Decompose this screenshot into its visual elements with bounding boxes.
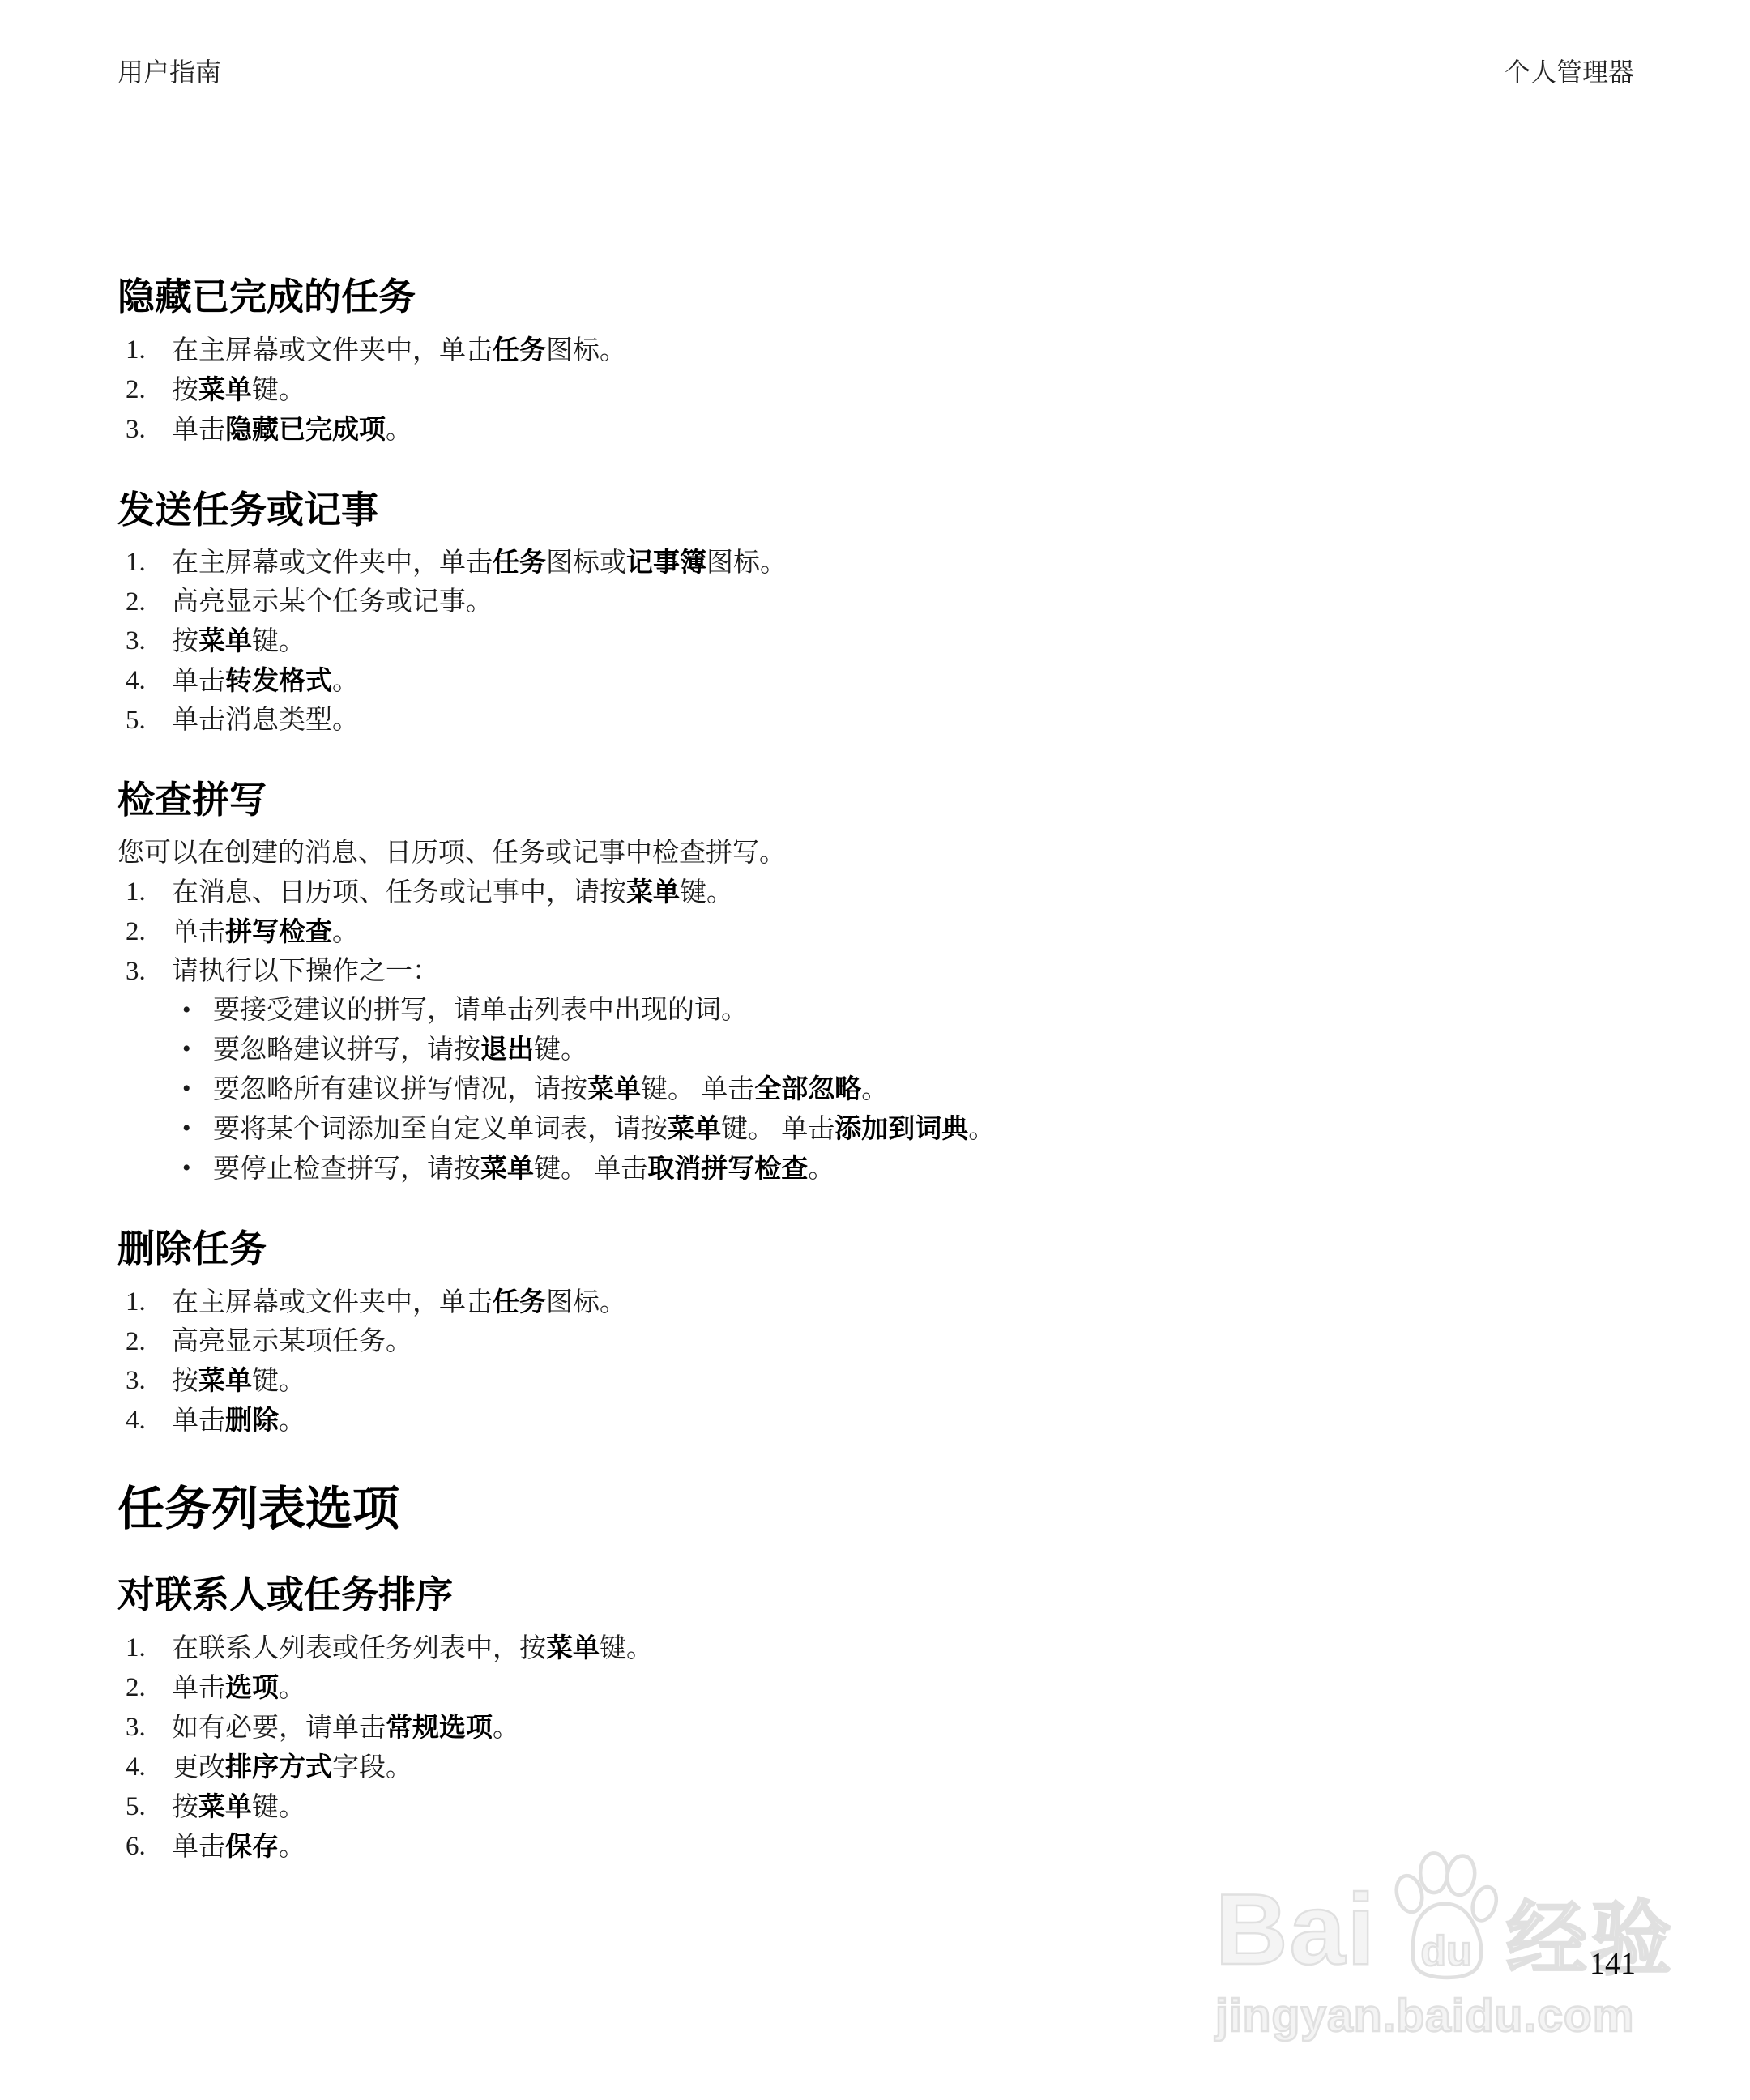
bold-term: 菜单 [480, 1153, 534, 1183]
text-run: 图标或 [546, 548, 626, 578]
list-item: 2.按菜单键。 [117, 370, 1637, 410]
item-marker: 4. [117, 1748, 172, 1787]
bullet-text: 要停止检查拼写，请按菜单键。 单击取消拼写检查。 [213, 1149, 834, 1189]
chapter-heading: 任务列表选项 [117, 1484, 1637, 1535]
text-run: 按 [172, 1793, 198, 1822]
bullet-text: 要忽略建议拼写，请按退出键。 [213, 1030, 587, 1069]
item-marker: 2. [117, 1322, 172, 1361]
watermark-site-url: jingyan.baidu.com [1215, 1993, 1685, 2039]
list-item: 3.请执行以下操作之一： [117, 952, 1637, 991]
item-text: 单击保存。 [172, 1827, 305, 1867]
bold-term: 任务 [493, 1287, 546, 1317]
text-run: 要忽略建议拼写，请按 [213, 1035, 480, 1065]
bold-term: 菜单 [626, 877, 680, 907]
bold-term: 拼写检查 [225, 916, 332, 946]
list-item: 6.单击保存。 [117, 1827, 1637, 1867]
item-marker: 4. [117, 1401, 172, 1441]
item-marker: 5. [117, 701, 172, 740]
bullet-item: •要忽略建议拼写，请按退出键。 [117, 1030, 1637, 1069]
list-item: 1.在主屏幕或文件夹中，单击任务图标或记事簿图标。 [117, 543, 1637, 583]
item-text: 按菜单键。 [172, 1361, 305, 1401]
item-marker: 2. [117, 1668, 172, 1708]
section-heading: 对联系人或任务排序 [117, 1575, 1637, 1616]
list-item: 2.高亮显示某个任务或记事。 [117, 583, 1637, 621]
bold-term: 退出 [480, 1034, 534, 1064]
bold-term: 选项 [225, 1672, 279, 1702]
bold-term: 菜单 [198, 1791, 252, 1821]
item-marker: 1. [117, 331, 172, 370]
item-text: 高亮显示某项任务。 [172, 1322, 412, 1361]
bullet-dot-icon: • [117, 991, 213, 1030]
list-item: 3.按菜单键。 [117, 621, 1637, 661]
bold-term: 常规选项 [386, 1712, 493, 1742]
bold-term: 菜单 [587, 1073, 641, 1103]
text-run: 按 [172, 1367, 198, 1396]
item-marker: 3. [117, 952, 172, 991]
text-run: 键。 单击 [721, 1115, 834, 1144]
text-run: 图标。 [546, 336, 626, 365]
item-text: 高亮显示某个任务或记事。 [172, 583, 493, 621]
list-item: 4.更改排序方式字段。 [117, 1748, 1637, 1787]
bold-term: 全部忽略 [754, 1073, 861, 1103]
section-heading: 发送任务或记事 [117, 490, 1637, 531]
section-heading: 隐藏已完成的任务 [117, 277, 1637, 318]
bold-term: 删除 [225, 1405, 279, 1435]
text-run: 。 [386, 416, 412, 445]
item-marker: 1. [117, 1628, 172, 1668]
item-text: 按菜单键。 [172, 621, 305, 661]
text-run: 在主屏幕或文件夹中，单击 [172, 1288, 493, 1317]
text-run: 请执行以下操作之一： [172, 957, 439, 986]
page-number: 141 [1590, 1946, 1636, 1982]
item-marker: 3. [117, 410, 172, 450]
text-run: 。 [279, 1833, 305, 1862]
item-text: 按菜单键。 [172, 1787, 305, 1827]
bold-term: 转发格式 [225, 665, 332, 695]
bullet-text: 要接受建议的拼写，请单击列表中出现的词。 [213, 991, 748, 1030]
text-run: 更改 [172, 1753, 225, 1782]
item-text: 在主屏幕或文件夹中，单击任务图标。 [172, 1283, 626, 1322]
bold-term: 菜单 [546, 1633, 600, 1662]
ordered-list: 1.在主屏幕或文件夹中，单击任务图标。2.按菜单键。3.单击隐藏已完成项。 [117, 331, 1637, 450]
text-run: 。 [279, 1674, 305, 1703]
text-run: 按 [172, 376, 198, 405]
bullet-item: •要将某个词添加至自定义单词表，请按菜单键。 单击添加到词典。 [117, 1109, 1637, 1149]
baidu-paw-icon: du [1380, 1850, 1503, 1991]
text-run: 在主屏幕或文件夹中，单击 [172, 336, 493, 365]
list-item: 3.按菜单键。 [117, 1361, 1637, 1401]
item-marker: 4. [117, 661, 172, 701]
bold-term: 菜单 [198, 625, 252, 655]
item-text: 在主屏幕或文件夹中，单击任务图标。 [172, 331, 626, 370]
text-run: 高亮显示某个任务或记事。 [172, 587, 493, 617]
list-item: 3.单击隐藏已完成项。 [117, 410, 1637, 450]
text-run: 要停止检查拼写，请按 [213, 1155, 480, 1184]
list-item: 4.单击删除。 [117, 1401, 1637, 1441]
list-item: 1.在主屏幕或文件夹中，单击任务图标。 [117, 1283, 1637, 1322]
header-guide-title: 用户指南 [117, 52, 221, 89]
list-item: 1.在主屏幕或文件夹中，单击任务图标。 [117, 331, 1637, 370]
item-marker: 3. [117, 1708, 172, 1748]
item-marker: 1. [117, 873, 172, 912]
item-marker: 2. [117, 583, 172, 621]
text-run: 单击 [172, 416, 225, 445]
bold-term: 记事簿 [626, 547, 706, 577]
list-item: 5.单击消息类型。 [117, 701, 1637, 740]
bullet-item: •要停止检查拼写，请按菜单键。 单击取消拼写检查。 [117, 1149, 1637, 1189]
bullet-text: 要将某个词添加至自定义单词表，请按菜单键。 单击添加到词典。 [213, 1109, 995, 1149]
text-run: 要忽略所有建议拼写情况，请按 [213, 1075, 587, 1104]
section-heading: 删除任务 [117, 1229, 1637, 1270]
item-text: 单击选项。 [172, 1668, 305, 1708]
text-run: 图标。 [546, 1288, 626, 1317]
bold-term: 隐藏已完成项 [225, 414, 386, 444]
text-run: 。 [332, 918, 359, 947]
list-item: 1.在消息、日历项、任务或记事中，请按菜单键。 [117, 873, 1637, 912]
bullet-item: •要接受建议的拼写，请单击列表中出现的词。 [117, 991, 1637, 1030]
text-run: 单击 [172, 1674, 225, 1703]
bullet-item: •要忽略所有建议拼写情况，请按菜单键。 单击全部忽略。 [117, 1069, 1637, 1109]
item-text: 单击消息类型。 [172, 701, 359, 740]
baidu-jingyan-watermark: Bai du 经验 jingyan.baidu.com [1215, 1849, 1685, 2039]
text-run: 要接受建议的拼写，请单击列表中出现的词。 [213, 996, 748, 1025]
bullet-dot-icon: • [117, 1149, 213, 1189]
bold-term: 菜单 [198, 374, 252, 404]
item-text: 在消息、日历项、任务或记事中，请按菜单键。 [172, 873, 733, 912]
bold-term: 菜单 [198, 1365, 252, 1395]
text-run: 单击 [172, 1406, 225, 1436]
bold-term: 任务 [493, 547, 546, 577]
bold-term: 取消拼写检查 [647, 1153, 808, 1183]
item-text: 单击删除。 [172, 1401, 305, 1441]
header-chapter-title: 个人管理器 [1505, 52, 1634, 89]
bold-term: 添加到词典 [834, 1113, 968, 1143]
bullet-dot-icon: • [117, 1030, 213, 1069]
item-text: 如有必要，请单击常规选项。 [172, 1708, 519, 1748]
document-body: 隐藏已完成的任务1.在主屏幕或文件夹中，单击任务图标。2.按菜单键。3.单击隐藏… [117, 277, 1637, 1867]
list-item: 4.单击转发格式。 [117, 661, 1637, 701]
bold-term: 任务 [493, 335, 546, 365]
list-item: 3.如有必要，请单击常规选项。 [117, 1708, 1637, 1748]
text-run: 图标。 [706, 548, 787, 578]
item-marker: 1. [117, 543, 172, 583]
text-run: 如有必要，请单击 [172, 1714, 386, 1743]
document-sections: 隐藏已完成的任务1.在主屏幕或文件夹中，单击任务图标。2.按菜单键。3.单击隐藏… [117, 277, 1637, 1867]
item-marker: 3. [117, 621, 172, 661]
list-item: 1.在联系人列表或任务列表中，按菜单键。 [117, 1628, 1637, 1668]
ordered-list: 1.在联系人列表或任务列表中，按菜单键。2.单击选项。3.如有必要，请单击常规选… [117, 1628, 1637, 1867]
ordered-list: 1.在主屏幕或文件夹中，单击任务图标或记事簿图标。2.高亮显示某个任务或记事。3… [117, 543, 1637, 740]
text-run: 。 [861, 1075, 888, 1104]
item-marker: 6. [117, 1827, 172, 1867]
item-marker: 2. [117, 370, 172, 410]
text-run: 要将某个词添加至自定义单词表，请按 [213, 1115, 668, 1144]
bold-term: 排序方式 [225, 1752, 332, 1782]
item-marker: 1. [117, 1283, 172, 1322]
intro-paragraph: 您可以在创建的消息、日历项、任务或记事中检查拼写。 [117, 834, 1637, 873]
text-run: 。 [279, 1406, 305, 1436]
item-text: 单击转发格式。 [172, 661, 359, 701]
item-text: 单击拼写检查。 [172, 912, 359, 952]
text-run: 。 [493, 1714, 519, 1743]
bullet-text: 要忽略所有建议拼写情况，请按菜单键。 单击全部忽略。 [213, 1069, 888, 1109]
text-run: 键。 单击 [534, 1155, 647, 1184]
item-text: 在主屏幕或文件夹中，单击任务图标或记事簿图标。 [172, 543, 787, 583]
text-run: 键。 [680, 878, 733, 907]
text-run: 键。 [252, 627, 305, 656]
item-text: 请执行以下操作之一： [172, 952, 439, 991]
text-run: 字段。 [332, 1753, 412, 1782]
text-run: 。 [968, 1115, 995, 1144]
bullet-dot-icon: • [117, 1069, 213, 1109]
list-item: 2.高亮显示某项任务。 [117, 1322, 1637, 1361]
text-run: 按 [172, 627, 198, 656]
text-run: 。 [332, 667, 359, 696]
item-text: 单击隐藏已完成项。 [172, 410, 412, 450]
watermark-bai-text: Bai [1215, 1880, 1377, 1980]
item-marker: 3. [117, 1361, 172, 1401]
bullet-dot-icon: • [117, 1109, 213, 1149]
text-run: 单击消息类型。 [172, 706, 359, 735]
text-run: 键。 [252, 1793, 305, 1822]
item-marker: 5. [117, 1787, 172, 1827]
item-text: 在联系人列表或任务列表中，按菜单键。 [172, 1628, 653, 1668]
ordered-list: 1.在消息、日历项、任务或记事中，请按菜单键。2.单击拼写检查。3.请执行以下操… [117, 873, 1637, 1189]
text-run: 。 [808, 1155, 834, 1184]
item-text: 更改排序方式字段。 [172, 1748, 412, 1787]
bold-term: 菜单 [668, 1113, 721, 1143]
text-run: 键。 [534, 1035, 587, 1065]
item-text: 按菜单键。 [172, 370, 305, 410]
text-run: 键。 [252, 1367, 305, 1396]
section-heading: 检查拼写 [117, 780, 1637, 821]
text-run: 键。 单击 [641, 1075, 754, 1104]
list-item: 5.按菜单键。 [117, 1787, 1637, 1827]
text-run: 在联系人列表或任务列表中，按 [172, 1634, 546, 1663]
text-run: 在主屏幕或文件夹中，单击 [172, 548, 493, 578]
watermark-du-text: du [1420, 1927, 1471, 1974]
ordered-list: 1.在主屏幕或文件夹中，单击任务图标。2.高亮显示某项任务。3.按菜单键。4.单… [117, 1283, 1637, 1441]
text-run: 单击 [172, 1833, 225, 1862]
text-run: 键。 [600, 1634, 653, 1663]
list-item: 2.单击选项。 [117, 1668, 1637, 1708]
text-run: 高亮显示某项任务。 [172, 1327, 412, 1356]
page-header: 用户指南 个人管理器 [117, 52, 1634, 89]
text-run: 在消息、日历项、任务或记事中，请按 [172, 878, 626, 907]
list-item: 2.单击拼写检查。 [117, 912, 1637, 952]
text-run: 单击 [172, 918, 225, 947]
item-marker: 2. [117, 912, 172, 952]
text-run: 键。 [252, 376, 305, 405]
bold-term: 保存 [225, 1831, 279, 1861]
text-run: 单击 [172, 667, 225, 696]
